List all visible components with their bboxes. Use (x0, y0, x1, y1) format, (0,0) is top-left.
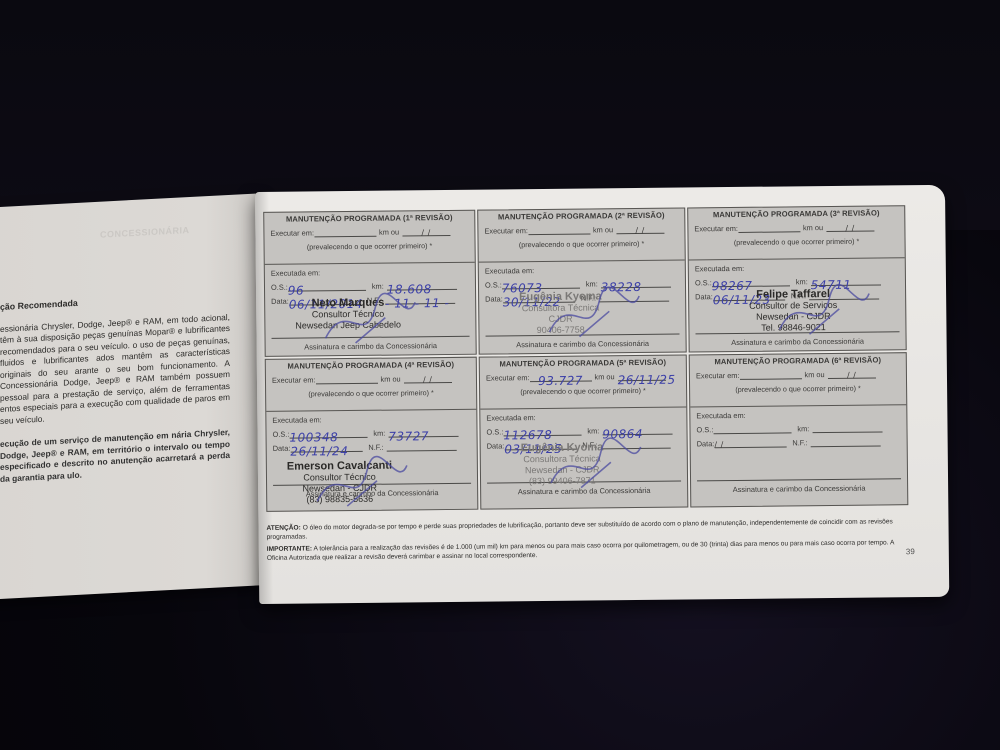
scheduled-section: MANUTENÇÃO PROGRAMADA (2ª REVISÃO) Execu… (478, 209, 685, 263)
executed-at-label: Executada em: (272, 414, 470, 425)
os-field[interactable] (713, 423, 791, 434)
signature-caption: Assinatura e carimbo da Concessionária (691, 483, 907, 494)
revision-card-1: MANUTENÇÃO PROGRAMADA (1ª REVISÃO) Execu… (263, 210, 477, 357)
execute-km-field[interactable]: 93.727 (529, 371, 591, 382)
revision-card-4: MANUTENÇÃO PROGRAMADA (4ª REVISÃO) Execu… (265, 357, 479, 512)
executed-at-label: Executada em: (696, 409, 900, 420)
stamp-name: Eugênia Kyoma (519, 291, 602, 303)
stamp-role: Consultora Técnica (521, 453, 604, 465)
executed-section: Executada em: O.S.: 98267 km: 54711 Data… (689, 258, 906, 350)
execute-km-field[interactable] (528, 224, 590, 235)
stamp-dealer: Newsedan - CJDR (287, 483, 392, 495)
left-page-paragraph-2: ecução de um serviço de manutenção em ná… (0, 427, 230, 485)
prevailing-note: (prevalecendo o que ocorrer primeiro) * (485, 239, 679, 250)
revision-title: MANUTENÇÃO PROGRAMADA (5ª REVISÃO) (486, 358, 680, 369)
os-km-row: O.S.: 100348 km: 73727 (272, 427, 470, 439)
execute-km-field[interactable] (738, 222, 800, 233)
revision-card-3: MANUTENÇÃO PROGRAMADA (3ª REVISÃO) Execu… (687, 205, 907, 352)
execute-at-row: Executar em: km ou / / (696, 368, 900, 380)
stamp-name: Eugênia Kyoma (521, 442, 604, 454)
dealer-stamp: Emerson CavalcantiConsultor TécnicoNewse… (287, 461, 393, 506)
stamp-name: Emerson Cavalcanti (287, 461, 392, 473)
scheduled-section: MANUTENÇÃO PROGRAMADA (3ª REVISÃO) Execu… (688, 206, 905, 260)
execute-km-field[interactable] (739, 369, 801, 380)
os-km-row: O.S.: 96 km: 18.608 (271, 280, 469, 292)
left-page-heading: ção Recomendada (0, 290, 230, 314)
signature-caption: Assinatura e carimbo da Concessionária (481, 485, 687, 496)
os-km-row: O.S.: 98267 km: 54711 (695, 275, 899, 287)
os-field[interactable]: 98267 (712, 276, 790, 287)
km-field[interactable]: 18.608 (387, 280, 457, 291)
date-field[interactable]: / / (714, 437, 786, 448)
prevailing-note: (prevalecendo o que ocorrer primeiro) * (696, 383, 900, 394)
signature-caption: Assinatura e carimbo da Concessionária (480, 338, 686, 349)
signature-line (272, 336, 470, 339)
revision-title: MANUTENÇÃO PROGRAMADA (3ª REVISÃO) (694, 208, 898, 219)
signature-line (697, 478, 901, 481)
execute-date-field[interactable]: / / (404, 373, 452, 384)
signature-caption: Assinatura e carimbo da Concessionária (690, 336, 906, 347)
os-km-row: O.S.: km: (696, 422, 900, 434)
signature-caption: Assinatura e carimbo da Concessionária (266, 341, 476, 352)
scheduled-section: MANUTENÇÃO PROGRAMADA (6ª REVISÃO) Execu… (690, 353, 907, 407)
executed-section: Executada em: O.S.: 76073 km: 38228 Data… (479, 261, 686, 353)
revision-title: MANUTENÇÃO PROGRAMADA (2ª REVISÃO) (484, 211, 678, 222)
revision-card-6: MANUTENÇÃO PROGRAMADA (6ª REVISÃO) Execu… (689, 352, 909, 507)
dealer-stamp: Felipe TaffarelConsultor de ServiçosNews… (749, 289, 838, 334)
execute-km-field[interactable] (314, 227, 376, 238)
execute-at-row: Executar em: 93.727 km ou 26/11/25 (486, 371, 680, 383)
execute-date-field[interactable]: / / (828, 369, 876, 380)
revision-title: MANUTENÇÃO PROGRAMADA (4ª REVISÃO) (272, 360, 470, 371)
executed-section: Executada em: O.S.: 100348 km: 73727 Dat… (266, 410, 477, 502)
execute-date-field[interactable]: / / (616, 224, 664, 235)
os-field[interactable]: 76073 (502, 279, 580, 290)
revision-card-2: MANUTENÇÃO PROGRAMADA (2ª REVISÃO) Execu… (477, 207, 687, 354)
executed-section: Executada em: O.S.: km: Data: / / N.F.: … (690, 405, 907, 497)
executed-at-label: Executada em: (271, 267, 469, 278)
executed-section: Executada em: O.S.: 112678 km: 90864 Dat… (480, 407, 687, 499)
stamp-name: Felipe Taffarel (749, 289, 837, 301)
os-km-row: O.S.: 112678 km: 90864 (486, 425, 680, 437)
prevailing-note: (prevalecendo o que ocorrer primeiro) * (271, 241, 469, 252)
stamp-phone: Tel. 98846-9021 (749, 322, 837, 334)
os-field[interactable]: 100348 (289, 428, 367, 439)
stamp-dealer: CJDR (519, 313, 602, 325)
execute-at-row: Executar em: km ou / / (484, 224, 678, 236)
execute-date-field[interactable]: / / (826, 222, 874, 233)
execute-km-field[interactable] (315, 374, 377, 385)
left-page-faint-title: CONCESSIONÁRIA (100, 225, 190, 240)
prevailing-note: (prevalecendo o que ocorrer primeiro) * (486, 386, 680, 397)
left-page: CONCESSIONÁRIA ção Recomendada essionári… (0, 193, 262, 600)
right-page: MANUTENÇÃO PROGRAMADA (1ª REVISÃO) Execu… (255, 185, 949, 604)
scheduled-section: MANUTENÇÃO PROGRAMADA (4ª REVISÃO) Execu… (266, 358, 477, 412)
execute-date-field[interactable]: 26/11/25 (618, 371, 666, 382)
left-page-paragraph-1: essionária Chrysler, Dodge, Jeep® e RAM,… (0, 311, 230, 427)
prevailing-note: (prevalecendo o que ocorrer primeiro) * (272, 388, 470, 399)
km-field[interactable]: 54711 (811, 275, 881, 286)
stamp-phone: (83) 99406-7871 (521, 475, 604, 487)
stamp-phone: (83) 98835-5636 (287, 494, 392, 506)
page-number: 39 (906, 547, 915, 556)
date-nf-row: Data: / / N.F.: (697, 436, 901, 448)
dealer-stamp: Eugênia KyomaConsultora TécnicaCJDR90406… (519, 291, 602, 336)
executed-at-label: Executada em: (485, 265, 679, 276)
km-field[interactable]: 90864 (602, 425, 672, 436)
km-field[interactable]: 73727 (388, 427, 458, 438)
attention-note: ATENÇÃO: O óleo do motor degrada-se por … (266, 517, 906, 542)
footer-notes: ATENÇÃO: O óleo do motor degrada-se por … (266, 517, 906, 566)
km-field[interactable] (812, 422, 882, 433)
km-field[interactable]: 38228 (601, 278, 671, 289)
revision-grid: MANUTENÇÃO PROGRAMADA (1ª REVISÃO) Execu… (263, 205, 911, 512)
prevailing-note: (prevalecendo o que ocorrer primeiro) * (695, 236, 899, 247)
dealer-stamp: Eugênia KyomaConsultora TécnicaNewsedan … (521, 442, 604, 487)
execute-at-row: Executar em: km ou / / (272, 373, 470, 385)
execute-date-field[interactable]: / / (402, 226, 450, 237)
os-km-row: O.S.: 76073 km: 38228 (485, 278, 679, 290)
revision-card-5: MANUTENÇÃO PROGRAMADA (5ª REVISÃO) Execu… (479, 354, 689, 509)
stamp-dealer: Newsedan - CJDR (749, 311, 837, 323)
scheduled-section: MANUTENÇÃO PROGRAMADA (5ª REVISÃO) Execu… (480, 355, 687, 409)
stamp-phone: 90406-7758 (519, 324, 602, 336)
dealer-stamp: Neto MarquesConsultor TécnicoNewsedan Je… (295, 297, 401, 331)
revision-title: MANUTENÇÃO PROGRAMADA (6ª REVISÃO) (696, 355, 900, 366)
stamp-dealer: Newsedan Jeep Cabedelo (295, 319, 401, 331)
execute-at-row: Executar em: km ou / / (270, 226, 468, 238)
executed-at-label: Executada em: (486, 412, 680, 423)
nf-field[interactable] (810, 436, 880, 447)
executed-section: Executada em: O.S.: 96 km: 18.608 Data: … (265, 263, 476, 355)
scheduled-section: MANUTENÇÃO PROGRAMADA (1ª REVISÃO) Execu… (264, 211, 475, 265)
stamp-role: Consultora Técnica (519, 302, 602, 314)
left-page-content: ção Recomendada essionária Chrysler, Dod… (0, 290, 230, 485)
os-field[interactable]: 112678 (503, 426, 581, 437)
revision-title: MANUTENÇÃO PROGRAMADA (1ª REVISÃO) (270, 213, 468, 224)
stamp-dealer: Newsedan - CJDR (521, 464, 604, 476)
important-note: IMPORTANTE: A tolerância para a realizaç… (267, 538, 907, 563)
stamp-role: Consultor de Serviços (749, 300, 837, 312)
os-field[interactable]: 96 (288, 281, 366, 292)
executed-at-label: Executada em: (695, 262, 899, 273)
execute-at-row: Executar em: km ou / / (694, 221, 898, 233)
